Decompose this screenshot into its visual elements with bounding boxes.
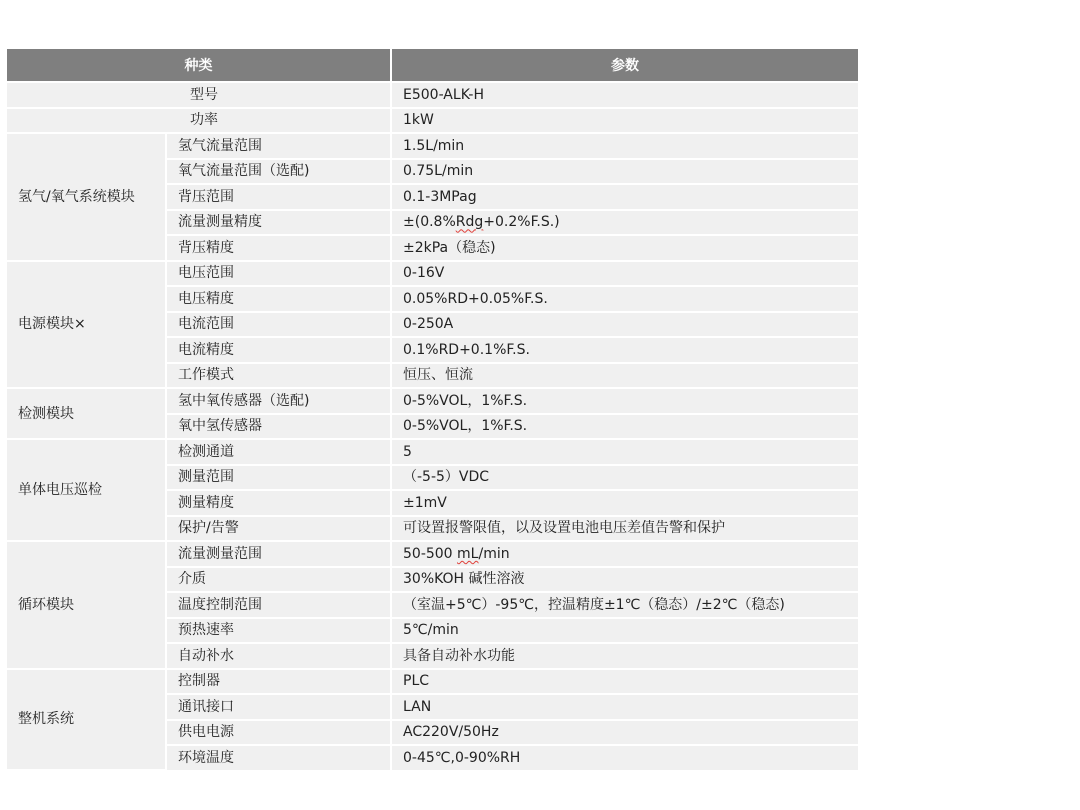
- row-label: 测量范围: [166, 465, 391, 491]
- table-row: 单体电压巡检 检测通道 5: [7, 439, 858, 465]
- spec-table: 种类 参数 型号 E500-ALK-H 功率 1kW 氢气/氧气系统模块 氢气流…: [7, 49, 858, 771]
- table-row: 氢气/氧气系统模块 氢气流量范围 1.5L/min: [7, 133, 858, 159]
- value-text: 50-500: [403, 546, 457, 562]
- row-label: 介质: [166, 567, 391, 593]
- table-row: 整机系统 控制器 PLC: [7, 669, 858, 695]
- row-value: 可设置报警限值，以及设置电池电压差值告警和保护: [391, 516, 858, 542]
- row-value: 0.75L/min: [391, 159, 858, 185]
- row-value: E500-ALK-H: [391, 82, 858, 108]
- row-label: 电压范围: [166, 261, 391, 287]
- row-value: ±(0.8%Rdg+0.2%F.S.): [391, 210, 858, 236]
- table-row: 检测模块 氢中氧传感器（选配) 0-5%VOL，1%F.S.: [7, 388, 858, 414]
- group-label: 电源模块×: [7, 261, 166, 389]
- row-value: 具备自动补水功能: [391, 643, 858, 669]
- row-value: 0.1-3MPag: [391, 184, 858, 210]
- row-label: 自动补水: [166, 643, 391, 669]
- label-text: 功率: [190, 112, 218, 128]
- row-label: 氢中氧传感器（选配): [166, 388, 391, 414]
- header-row: 种类 参数: [7, 49, 858, 82]
- row-value: 0.05%RD+0.05%F.S.: [391, 286, 858, 312]
- value-text: ±(0.8%: [403, 214, 456, 230]
- row-label: 环境温度: [166, 745, 391, 770]
- row-label: 电压精度: [166, 286, 391, 312]
- row-value: 恒压、恒流: [391, 363, 858, 389]
- row-label: 测量精度: [166, 490, 391, 516]
- row-value: ±2kPa（稳态): [391, 235, 858, 261]
- group-label: 单体电压巡检: [7, 439, 166, 541]
- row-value: 5: [391, 439, 858, 465]
- row-label: 功率: [7, 108, 391, 134]
- table-row: 电源模块× 电压范围 0-16V: [7, 261, 858, 287]
- header-category: 种类: [7, 49, 391, 82]
- row-value: 0.1%RD+0.1%F.S.: [391, 337, 858, 363]
- spellcheck-marked-text: Rdg: [456, 214, 484, 230]
- row-value: 0-5%VOL，1%F.S.: [391, 414, 858, 440]
- row-label: 氧中氢传感器: [166, 414, 391, 440]
- table-row: 型号 E500-ALK-H: [7, 82, 858, 108]
- table-row: 功率 1kW: [7, 108, 858, 134]
- row-value: 1.5L/min: [391, 133, 858, 159]
- row-value: LAN: [391, 694, 858, 720]
- group-label: 氢气/氧气系统模块: [7, 133, 166, 261]
- row-label: 型号: [7, 82, 391, 108]
- row-value: 5℃/min: [391, 618, 858, 644]
- value-text: /min: [478, 546, 509, 562]
- row-label: 流量测量范围: [166, 541, 391, 567]
- row-label: 预热速率: [166, 618, 391, 644]
- row-value: AC220V/50Hz: [391, 720, 858, 746]
- row-label: 流量测量精度: [166, 210, 391, 236]
- row-label: 背压范围: [166, 184, 391, 210]
- group-label: 整机系统: [7, 669, 166, 770]
- row-value: PLC: [391, 669, 858, 695]
- group-label: 检测模块: [7, 388, 166, 439]
- row-label: 温度控制范围: [166, 592, 391, 618]
- row-label: 氧气流量范围（选配): [166, 159, 391, 185]
- row-value: （-5-5）VDC: [391, 465, 858, 491]
- value-text: +0.2%F.S.): [483, 214, 559, 230]
- row-value: ±1mV: [391, 490, 858, 516]
- row-label: 电流范围: [166, 312, 391, 338]
- row-label: 检测通道: [166, 439, 391, 465]
- row-value: 1kW: [391, 108, 858, 134]
- row-value: 50-500 mL/min: [391, 541, 858, 567]
- row-value: 0-16V: [391, 261, 858, 287]
- row-label: 工作模式: [166, 363, 391, 389]
- row-label: 通讯接口: [166, 694, 391, 720]
- row-value: （室温+5℃）-95℃，控温精度±1℃（稳态）/±2℃（稳态): [391, 592, 858, 618]
- row-label: 背压精度: [166, 235, 391, 261]
- row-label: 保护/告警: [166, 516, 391, 542]
- spellcheck-marked-text: mL: [457, 546, 478, 562]
- table-row: 循环模块 流量测量范围 50-500 mL/min: [7, 541, 858, 567]
- header-parameter: 参数: [391, 49, 858, 82]
- row-label: 氢气流量范围: [166, 133, 391, 159]
- row-value: 0-5%VOL，1%F.S.: [391, 388, 858, 414]
- row-label: 控制器: [166, 669, 391, 695]
- label-text: 型号: [190, 87, 218, 103]
- row-value: 0-45℃,0-90%RH: [391, 745, 858, 770]
- row-value: 0-250A: [391, 312, 858, 338]
- group-label: 循环模块: [7, 541, 166, 669]
- row-label: 电流精度: [166, 337, 391, 363]
- row-value: 30%KOH 碱性溶液: [391, 567, 858, 593]
- row-label: 供电电源: [166, 720, 391, 746]
